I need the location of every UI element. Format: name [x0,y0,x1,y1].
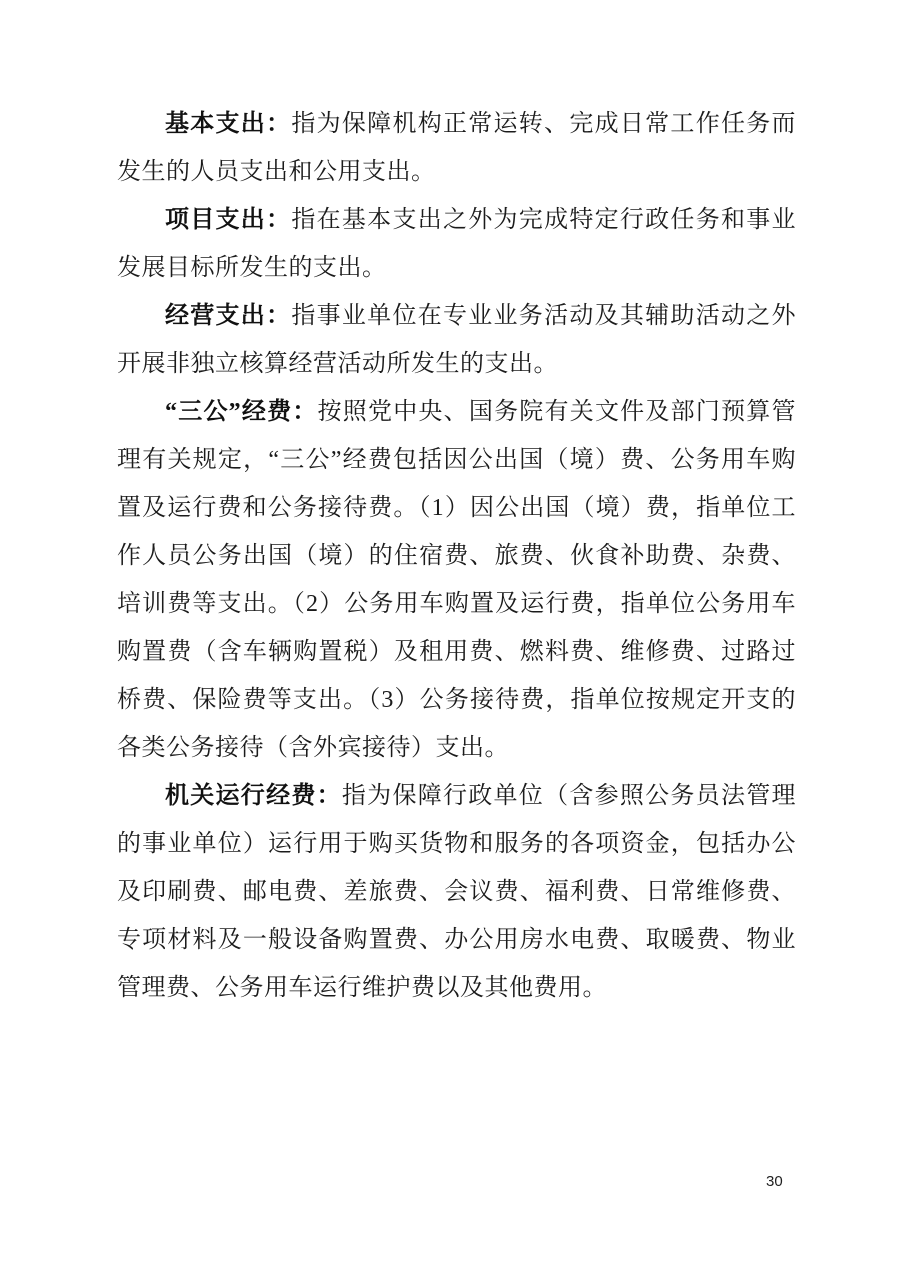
paragraph-project-expenditure: 项目支出：指在基本支出之外为完成特定行政任务和事业发展目标所发生的支出。 [117,196,796,292]
document-page: 基本支出：指为保障机构正常运转、完成日常工作任务而发生的人员支出和公用支出。 项… [0,0,899,1273]
definition-text: 指为保障行政单位（含参照公务员法管理的事业单位）运行用于购买货物和服务的各项资金… [117,783,796,1001]
paragraph-agency-operating-funds: 机关运行经费：指为保障行政单位（含参照公务员法管理的事业单位）运行用于购买货物和… [117,772,796,1012]
paragraph-operating-expenditure: 经营支出：指事业单位在专业业务活动及其辅助活动之外开展非独立核算经营活动所发生的… [117,292,796,388]
definition-text: 按照党中央、国务院有关文件及部门预算管理有关规定，“三公”经费包括因公出国（境）… [117,399,796,761]
page-number: 30 [766,1172,783,1192]
paragraph-three-public-funds: “三公”经费：按照党中央、国务院有关文件及部门预算管理有关规定，“三公”经费包括… [117,388,796,772]
term-label: 机关运行经费： [165,783,342,809]
document-body: 基本支出：指为保障机构正常运转、完成日常工作任务而发生的人员支出和公用支出。 项… [117,100,796,1012]
paragraph-basic-expenditure: 基本支出：指为保障机构正常运转、完成日常工作任务而发生的人员支出和公用支出。 [117,100,796,196]
term-label: “三公”经费： [165,399,318,425]
term-label: 基本支出： [165,111,291,137]
term-label: 项目支出： [165,207,291,233]
term-label: 经营支出： [165,303,291,329]
